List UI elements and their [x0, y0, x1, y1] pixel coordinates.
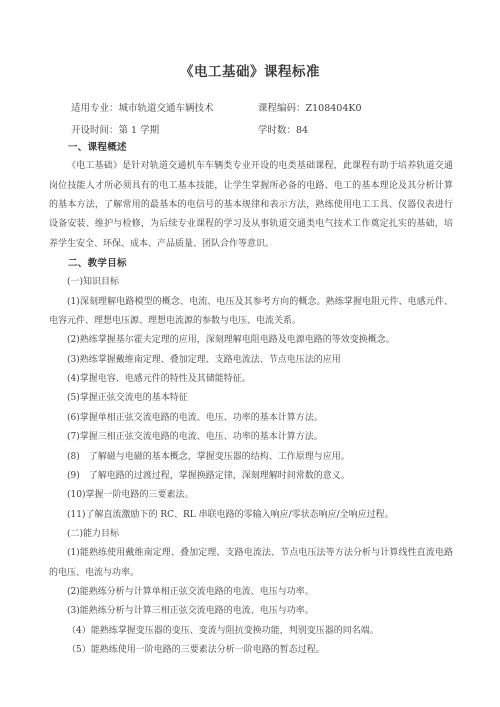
- paragraph: (2)熟练掌握基尔霍夫定理的应用，深刻理解电阻电路及电源电路的等效变换概念。: [49, 331, 453, 350]
- paragraph: (2)能熟练分析与计算单相正弦交流电路的电流、电压与功率。: [49, 583, 453, 602]
- paragraph: (11)了解直流激励下的 RC、RL 串联电路的零输入响应/零状态响应/全响应过…: [49, 506, 453, 525]
- document-title: 《电工基础》课程标准: [0, 60, 500, 80]
- paragraph: (1)能熟练使用戴维南定理、叠加定理、支路电流法、节点电压法等方法分析与计算线性…: [49, 544, 453, 583]
- paragraph: (3)熟练掌握戴维南定理、叠加定理、支路电流法、节点电压法的应用: [49, 351, 453, 370]
- paragraph: (3)能熟练分析与计算三相正弦交流电路的电流、电压与功率。: [49, 602, 453, 621]
- course-meta: 适用专业：城市轨道交通车辆技术课程编码：Z108404K0开设时间：第 1 学期…: [49, 98, 453, 141]
- meta-row: 适用专业：城市轨道交通车辆技术课程编码：Z108404K0: [49, 98, 453, 120]
- document-page: 《电工基础》课程标准 适用专业：城市轨道交通车辆技术课程编码：Z108404K0…: [0, 0, 500, 707]
- section-heading: 一、课程概述: [49, 138, 453, 157]
- paragraph: （5）能熟练使用一阶电路的三要素法分析一阶电路的暂态过程。: [49, 641, 453, 660]
- paragraph: (8) 了解磁与电磁的基本概念，掌握变压器的结构、工作原理与应用。: [49, 448, 453, 467]
- paragraph: (4)掌握电容、电感元件的特性及其储能特征。: [49, 370, 453, 389]
- section-heading: 二、教学目标: [49, 254, 453, 273]
- paragraph: (6)掌握单相正弦交流电路的电流、电压、功率的基本计算方法。: [49, 409, 453, 428]
- document-body: 一、课程概述《电工基础》是针对轨道交通机车车辆类专业开设的电类基础课程，此课程有…: [49, 138, 453, 660]
- paragraph: (7)掌握三相正弦交流电路的电流、电压、功率的基本计算方法。: [49, 428, 453, 447]
- meta-field-left: 适用专业：城市轨道交通车辆技术: [71, 98, 258, 120]
- meta-field-right: 课程编码：Z108404K0: [258, 98, 453, 120]
- paragraph: (1)深刻理解电路模型的概念、电流、电压及其参考方向的概念。熟练掌握电阻元件、电…: [49, 293, 453, 332]
- paragraph: (二)能力目标: [49, 525, 453, 544]
- paragraph: (一)知识目标: [49, 273, 453, 292]
- paragraph: (9) 了解电路的过渡过程，掌握换路定律，深刻理解时间常数的意义。: [49, 467, 453, 486]
- paragraph: 《电工基础》是针对轨道交通机车车辆类专业开设的电类基础课程，此课程有助于培养轨道…: [49, 157, 453, 254]
- paragraph: (10)掌握一阶电路的三要素法。: [49, 486, 453, 505]
- paragraph: （4）能熟练掌握变压器的变压、变流与阻抗变换功能，判别变压器的同名端。: [49, 622, 453, 641]
- paragraph: (5)掌握正弦交流电的基本特征: [49, 389, 453, 408]
